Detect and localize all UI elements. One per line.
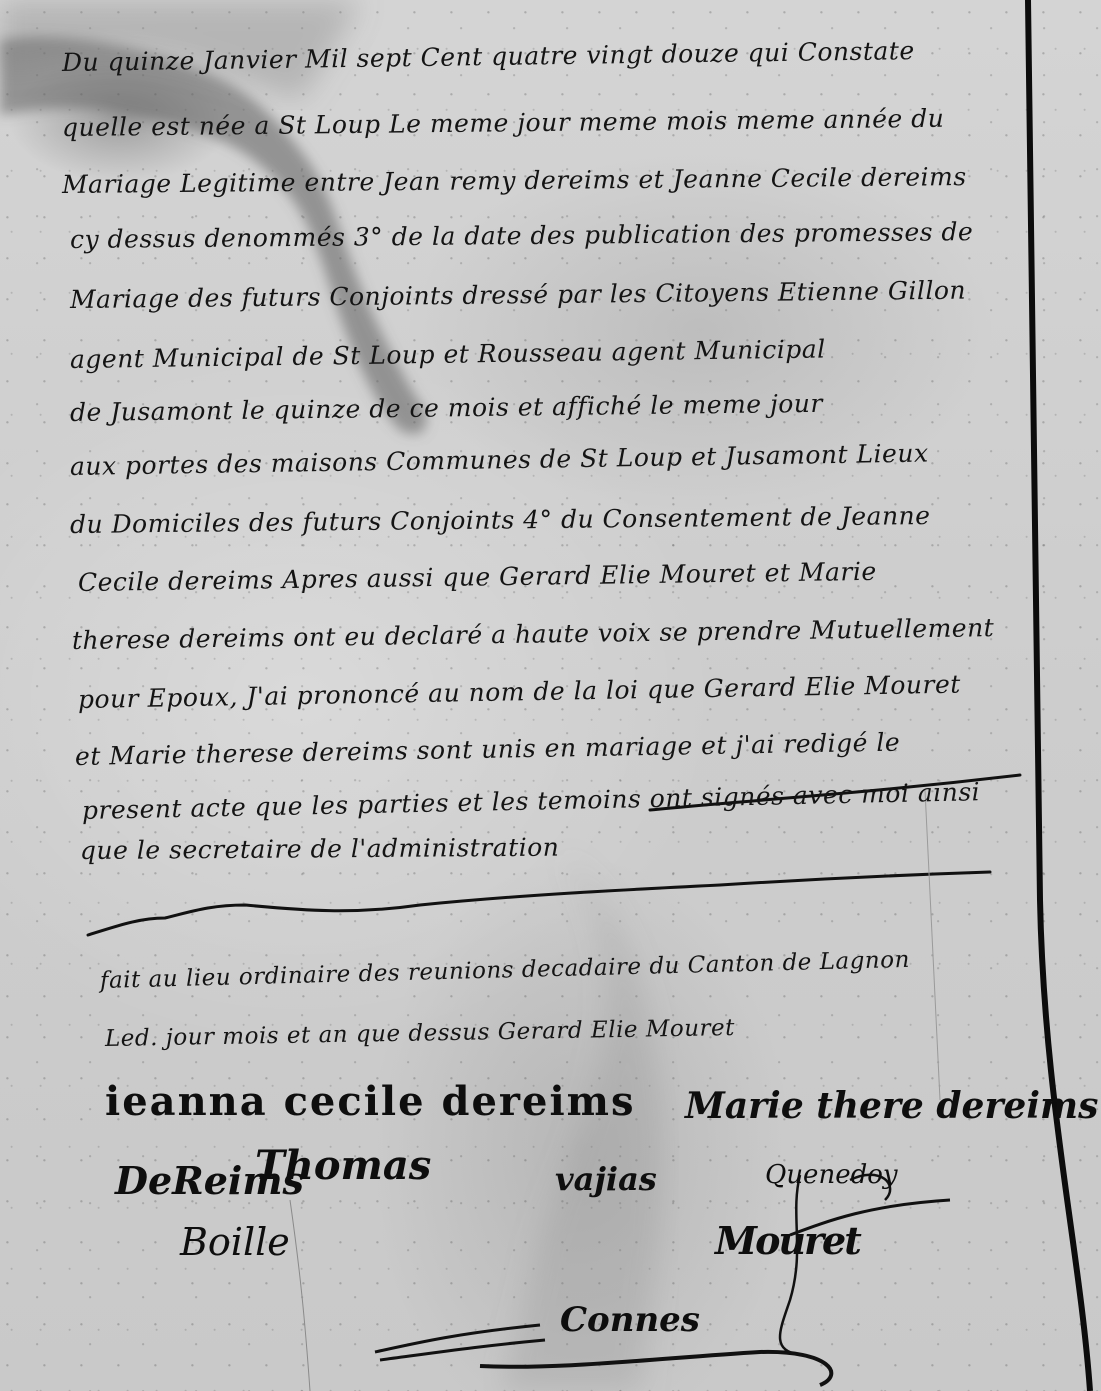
- signature-vajias: vajias: [555, 1160, 657, 1198]
- signature-quenedoy: Quenedoy: [765, 1160, 898, 1190]
- body-line-15: que le secretaire de l'administration: [80, 833, 560, 865]
- signature-marie-therese-dereims: Marie there dereims: [685, 1085, 1098, 1127]
- signature-boille: Boille: [180, 1220, 290, 1264]
- signature-connes: Connes: [560, 1300, 700, 1340]
- signature-jeanne-cecile-dereims: ieanna cecile dereims: [105, 1078, 635, 1125]
- document-page: Du quinze Janvier Mil sept Cent quatre v…: [0, 0, 1101, 1391]
- signature-mouret-paraph: Mouret: [715, 1218, 860, 1263]
- signature-thomas: Thomas: [255, 1142, 431, 1189]
